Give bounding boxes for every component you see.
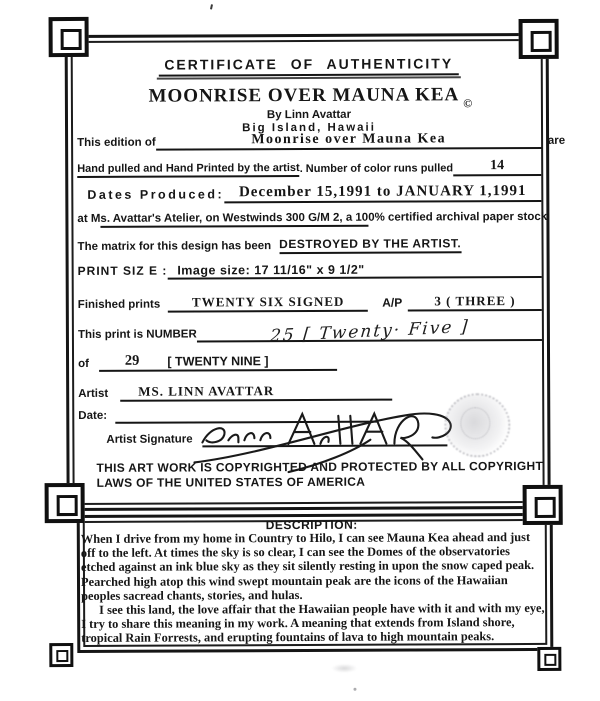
certificate-title: CERTIFICATE OF AUTHENTICITY — [158, 55, 459, 76]
edition-suffix: are — [548, 135, 565, 149]
dates-produced-value: December 15,1991 to JANUARY 1,1991 — [224, 183, 541, 203]
corner-ornament-mid-left — [45, 483, 85, 523]
scan-dot — [353, 688, 356, 691]
print-size-label: PRINT SIZ E : — [78, 264, 168, 280]
paper-stock-suffix: 0% certified archival paper stock — [368, 211, 547, 224]
of-label: of — [78, 358, 89, 372]
copyright-line-2: LAWS OF THE UNITED STATES OF AMERICA — [97, 474, 547, 491]
print-size-row: PRINT SIZ E : Image size: 17 11/16" x 9 … — [78, 262, 542, 280]
finished-prints-row: Finished prints TWENTY SIX SIGNED A/P 3 … — [78, 293, 542, 313]
of-total-value: 29 — [125, 353, 140, 370]
description-paragraph-2: I see this land, the love affair that th… — [81, 601, 547, 646]
copyright-icon: © — [463, 96, 473, 110]
dates-produced-label: Dates Produced: — [77, 187, 224, 204]
of-total-row: of 29 [ TWENTY NINE ] — [78, 351, 542, 372]
ap-value: 3 ( THREE ) — [408, 293, 542, 312]
matrix-label: The matrix for this design has been — [78, 240, 272, 255]
ap-label: A/P — [382, 296, 402, 312]
certificate-sheet: CERTIFICATE OF AUTHENTICITY MOONRISE OVE… — [0, 0, 600, 701]
print-number-label: This print is NUMBER — [78, 328, 197, 343]
matrix-value: DESTROYED BY THE ARTIST. — [279, 236, 461, 254]
edition-label: This edition of — [77, 137, 156, 151]
color-runs-label: . Number of color runs pulled — [300, 162, 453, 177]
print-number-field: 25 [ Twenty· Five ] — [197, 319, 542, 343]
finished-prints-label: Finished prints — [78, 299, 160, 313]
corner-ornament-top-left — [49, 17, 89, 57]
print-number-row: This print is NUMBER 25 [ Twenty· Five ] — [78, 319, 542, 343]
corner-ornament-bottom-left — [49, 643, 73, 667]
matrix-row: The matrix for this design has been DEST… — [78, 236, 542, 255]
embossed-stamp — [444, 393, 510, 457]
signature-label: Artist Signature — [106, 433, 192, 447]
color-runs-value: 14 — [453, 158, 541, 176]
date-label: Date: — [78, 410, 107, 424]
description-text: When I drive from my home in Country to … — [81, 530, 547, 646]
hand-pulled-row: Hand pulled and Hand Printed by the arti… — [77, 158, 541, 178]
edition-row: This edition of Moonrise over Mauna Kea … — [77, 131, 565, 151]
scan-smudge — [331, 664, 357, 673]
finished-prints-value: TWENTY SIX SIGNED — [168, 294, 368, 313]
edition-value: Moonrise over Mauna Kea — [156, 131, 542, 151]
corner-ornament-top-right — [519, 19, 559, 59]
paper-stock-underlined: s. Avattar's Atelier, on Westwinds 300 G… — [100, 212, 368, 228]
copyright-notice: THIS ART WORK IS COPYRIGHTED AND PROTECT… — [96, 459, 546, 491]
paper-stock-row: at Ms. Avattar's Atelier, on Westwinds 3… — [77, 211, 541, 225]
of-total-words: [ TWENTY NINE ] — [167, 354, 268, 369]
paper-stock-prefix: at M — [77, 213, 100, 225]
certificate-header: CERTIFICATE OF AUTHENTICITY MOONRISE OVE… — [89, 55, 529, 135]
print-size-value: Image size: 17 11/16" x 9 1/2" — [167, 262, 541, 280]
description-paragraph-1: When I drive from my home in Country to … — [81, 530, 547, 603]
scan-speck — [210, 4, 213, 9]
of-total-field: 29 [ TWENTY NINE ] — [99, 352, 337, 372]
artist-label: Artist — [78, 388, 108, 402]
hand-pulled-label: Hand pulled and Hand Printed by the arti… — [77, 162, 300, 178]
dates-produced-row: Dates Produced: December 15,1991 to JANU… — [77, 183, 541, 204]
artwork-title: MOONRISE OVER MAUNA KEA© — [89, 84, 529, 108]
corner-ornament-bottom-right — [537, 647, 561, 671]
copyright-line-1: THIS ART WORK IS COPYRIGHTED AND PROTECT… — [96, 459, 546, 476]
